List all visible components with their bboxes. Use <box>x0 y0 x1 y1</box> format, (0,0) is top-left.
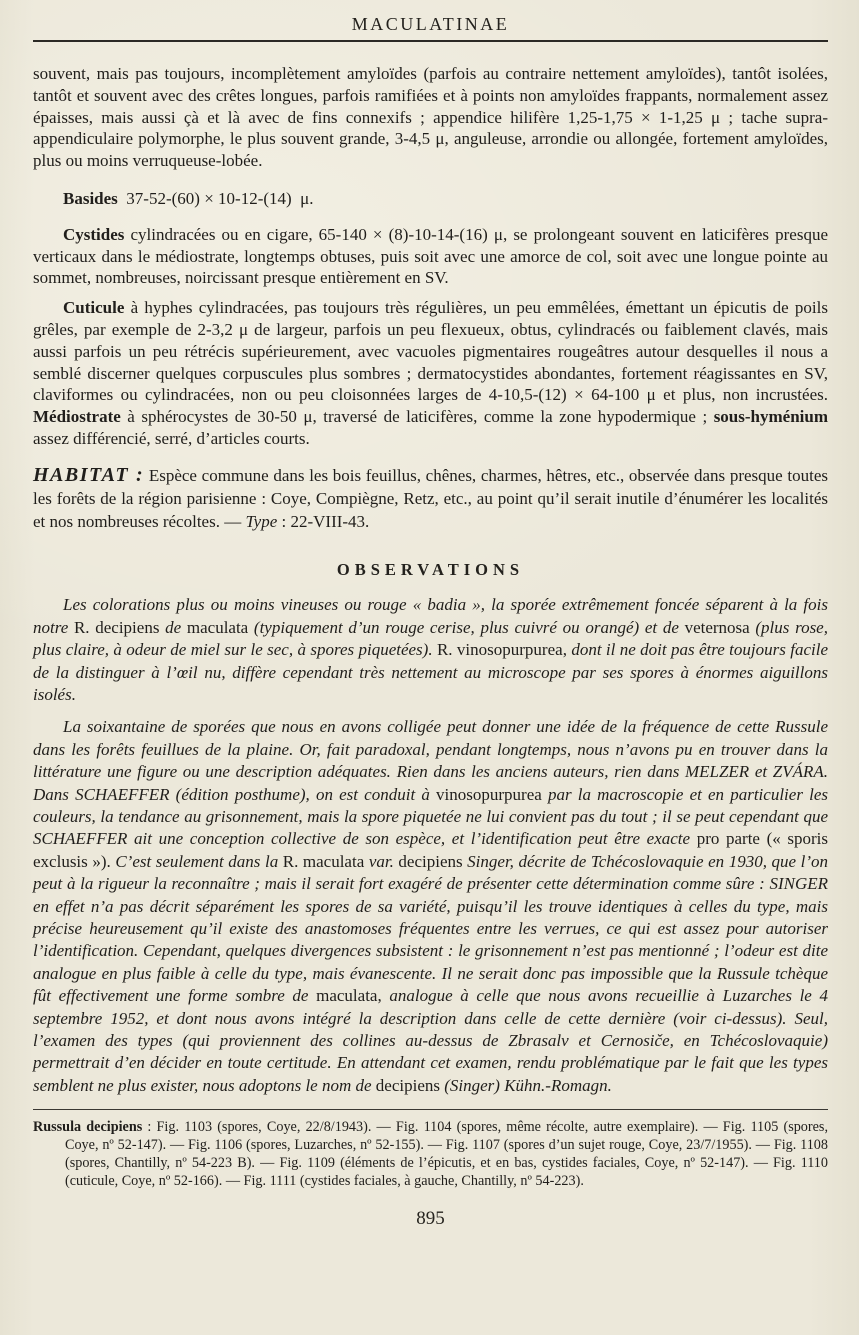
text-segment-n: : 22-VIII-43. <box>277 512 369 531</box>
text-segment-i: (Singer) Kühn.-Romagn. <box>444 1076 612 1095</box>
text-segment-b: Cuticule <box>63 298 124 317</box>
paragraph-cystides: Cystides cylindracées ou en cigare, 65-1… <box>33 224 828 289</box>
text-segment-n: veternosa <box>685 618 756 637</box>
text-segment-n: Espèce commune dans les bois feuillus, c… <box>33 466 828 531</box>
paragraph-cuticule: Cuticule à hyphes cylindracées, pas touj… <box>33 297 828 450</box>
text-segment-i: C’est seulement dans la <box>115 852 282 871</box>
text-segment-n: maculata <box>187 618 254 637</box>
text-segment-b: Russula decipiens <box>33 1119 142 1135</box>
footnote-rule <box>33 1109 828 1110</box>
text-segment-n: decipiens <box>376 1076 444 1095</box>
page-number: 895 <box>33 1208 828 1230</box>
text-segment-n: maculata, <box>316 986 389 1005</box>
species-description-section: souvent, mais pas toujours, incomplèteme… <box>33 63 828 533</box>
text-segment-n: assez différencié, serré, d’articles cou… <box>33 429 310 448</box>
paragraph-habitat: HABITAT : Espèce commune dans les bois f… <box>33 464 828 534</box>
paragraph-observations-1: Les colorations plus ou moins vineuses o… <box>33 594 828 706</box>
page-container: MACULATINAE souvent, mais pas toujours, … <box>0 0 859 1335</box>
paragraph-spores-continuation: souvent, mais pas toujours, incomplèteme… <box>33 63 828 172</box>
text-segment-i: de <box>165 618 187 637</box>
paragraph-observations-2: La soixantaine de sporées que nous en av… <box>33 716 828 1097</box>
text-segment-b: sous-hyménium <box>714 407 828 426</box>
text-segment-i: Singer, décrite de Tchécoslovaquie en 19… <box>33 852 828 1005</box>
text-segment-habitat: HABITAT : <box>33 464 144 486</box>
footnote-section: Russula decipiens : Fig. 1103 (spores, C… <box>33 1119 828 1190</box>
text-segment-i: var. <box>369 852 399 871</box>
running-head-title: MACULATINAE <box>33 14 828 35</box>
text-segment-n: 37-52-(60) × 10-12-(14) μ. <box>118 189 314 208</box>
header-rule <box>33 40 828 42</box>
text-segment-b: Médiostrate <box>33 407 121 426</box>
text-segment-b: Basides <box>63 189 118 208</box>
footnote-figures: Russula decipiens : Fig. 1103 (spores, C… <box>33 1119 828 1190</box>
text-segment-n: R. maculata <box>283 852 369 871</box>
text-segment-n: : Fig. 1103 (spores, Coye, 22/8/1943). —… <box>65 1119 828 1188</box>
text-segment-i: (typiquement d’un rouge cerise, plus cui… <box>254 618 685 637</box>
text-segment-n: R. decipiens <box>74 618 165 637</box>
text-segment-n: à sphérocystes de 30-50 μ, traversé de l… <box>121 407 714 426</box>
text-segment-n: R. vinosopurpurea, <box>437 640 571 659</box>
text-segment-n: souvent, mais pas toujours, incomplèteme… <box>33 64 828 170</box>
text-segment-b: Cystides <box>63 225 124 244</box>
observations-heading: OBSERVATIONS <box>33 560 828 580</box>
observations-section: Les colorations plus ou moins vineuses o… <box>33 594 828 1097</box>
text-segment-n: vinosopurpurea <box>436 785 548 804</box>
text-segment-i: Type <box>245 512 277 531</box>
scanned-book-page: { "page": { "title": "MACULATINAE", "pag… <box>0 0 859 1335</box>
text-segment-n: decipiens <box>398 852 467 871</box>
text-segment-n: à hyphes cylindracées, pas toujours très… <box>33 298 828 404</box>
text-segment-n: cylindracées ou en cigare, 65-140 × (8)-… <box>33 225 828 288</box>
paragraph-basides: Basides 37-52-(60) × 10-12-(14) μ. <box>33 188 828 210</box>
